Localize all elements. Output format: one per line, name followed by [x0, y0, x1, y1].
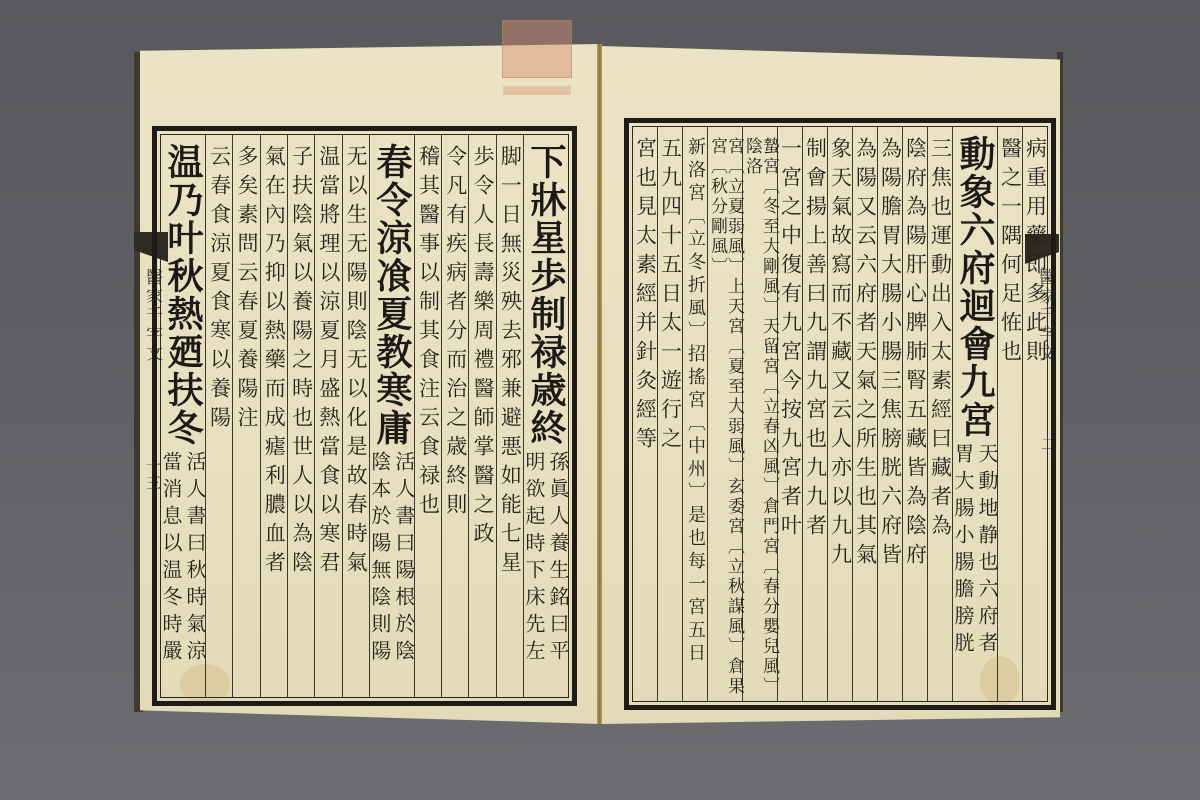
text-column: 蟄宮〔冬至大剛風〕天留宮〔立春凶風〕倉門宮〔春分嬰兒風〕陰洛 — [742, 127, 777, 701]
column-text: 陰府為陽肝心脾肺腎五藏皆為陰府 — [905, 137, 926, 572]
text-column: 制會揚上善曰九謂九宮也九九者 — [802, 127, 827, 701]
seal-stamp — [502, 20, 572, 78]
text-column: 氣在內乃抑以熱藥而成瘧利膿血者 — [260, 135, 287, 697]
column-text: 新洛宮〔立冬折風〕招搖宮〔中州〕是也每一宮五日 — [686, 137, 704, 666]
column-text: 蟄宮〔冬至大剛風〕天留宮〔立春凶風〕倉門宮〔春分嬰兒風〕陰洛 — [743, 137, 777, 701]
title-column: 動象六府迴會九宮 天動地静也六府者 胃大腸小腸膽膀胱 — [952, 127, 997, 701]
commentary: 陰本於陽無陰則陽 — [370, 451, 390, 667]
verse-heading: 下牀星歩制禄歳終 — [528, 143, 564, 447]
text-column: 一宮之中復有九宮今按九宮者叶 — [777, 127, 802, 701]
verse-heading: 動象六府迴會九宮 — [957, 135, 993, 439]
column-text: 三焦也運動出入太素經曰藏者為 — [930, 137, 951, 543]
text-column: 温當將理以涼夏月盛熱當食以寒君 — [314, 135, 341, 697]
text-column: 新洛宮〔立冬折風〕招搖宮〔中州〕是也每一宮五日 — [682, 127, 707, 701]
text-column: 多矣素問云春夏養陽注 — [232, 135, 259, 697]
column-text: 温當將理以涼夏月盛熱當食以寒君 — [318, 145, 339, 580]
column-text: 脚一日無災殃去邪兼避悪如能七星 — [499, 145, 520, 580]
column-text: 制會揚上善曰九謂九宮也九九者 — [805, 137, 826, 543]
column-text: 氣在內乃抑以熱藥而成瘧利膿血者 — [263, 145, 284, 580]
text-column: 令凡有疾病者分而治之歳終則 — [441, 135, 468, 697]
column-text: 稽其醫事以制其食注云食禄也 — [417, 145, 438, 522]
verse-heading: 温乃叶秋熱廼扶冬 — [165, 143, 201, 447]
column-text: 醫之一隅何足恠也 — [1000, 137, 1021, 369]
column-text: 云春食涼夏食寒以養陽 — [209, 145, 230, 435]
seal-caption — [503, 86, 571, 95]
column-text: 為陽膽胃大腸小腸三焦膀胱六府皆 — [880, 137, 901, 572]
commentary: 明欲起時下床先左 — [524, 451, 544, 667]
column-text: 宮〔立夏弱風〕上天宮〔夏至大弱風〕玄委宮〔立秋謀風〕倉果宮〔秋分剛風〕 — [708, 137, 742, 701]
text-column: 象天氣故寫而不藏又云人亦以九九 — [827, 127, 852, 701]
column-text: 象天氣故寫而不藏又云人亦以九九 — [830, 137, 851, 572]
text-column: 宮〔立夏弱風〕上天宮〔夏至大弱風〕玄委宮〔立秋謀風〕倉果宮〔秋分剛風〕 — [707, 127, 742, 701]
column-text: 一宮之中復有九宮今按九宮者叶 — [780, 137, 801, 543]
text-column: 云春食涼夏食寒以養陽 — [205, 135, 232, 697]
column-text: 令凡有疾病者分而治之歳終則 — [445, 145, 466, 522]
commentary: 當消息以温冬時嚴 — [161, 451, 181, 667]
text-column: 為陽又云六府者天氣之所生也其氣 — [852, 127, 877, 701]
column-text: 多矣素問云春夏養陽注 — [236, 145, 257, 435]
text-column: 歩令人長壽樂周禮醫師掌醫之政 — [468, 135, 495, 697]
column-text: 歩令人長壽樂周禮醫師掌醫之政 — [472, 145, 493, 551]
left-text-frame: 下牀星歩制禄歳終 孫眞人養生銘曰平 明欲起時下床先左 脚一日無災殃去邪兼避悪如能… — [152, 126, 577, 706]
text-column: 子扶陰氣以養陽之時也世人以為陰 — [287, 135, 314, 697]
commentary: 胃大腸小腸膽膀胱 — [953, 443, 973, 659]
title-column: 下牀星歩制禄歳終 孫眞人養生銘曰平 明欲起時下床先左 — [523, 135, 568, 697]
text-column: 病重用藥即多此則 — [1022, 127, 1047, 701]
text-column: 三焦也運動出入太素經曰藏者為 — [927, 127, 952, 701]
commentary: 孫眞人養生銘曰平 — [548, 451, 568, 667]
title-column: 春令涼飡夏教寒庸 活人書曰陽根於陰 陰本於陽無陰則陽 — [369, 135, 414, 697]
column-text: 子扶陰氣以養陽之時也世人以為陰 — [291, 145, 312, 580]
text-column: 宮也見太素經并針灸經等 — [633, 127, 657, 701]
open-book: 醫家千字文 醫家千字文 十三 二 下牀星歩制禄歳終 孫眞人養生銘曰平 明欲起時下… — [0, 0, 1200, 800]
verse-heading: 春令涼飡夏教寒庸 — [374, 143, 410, 447]
text-column: 醫之一隅何足恠也 — [997, 127, 1022, 701]
column-text: 无以生无陽則陰无以化是故春時氣 — [345, 145, 366, 580]
text-column: 脚一日無災殃去邪兼避悪如能七星 — [496, 135, 523, 697]
text-column: 為陽膽胃大腸小腸三焦膀胱六府皆 — [877, 127, 902, 701]
column-text: 病重用藥即多此則 — [1025, 137, 1046, 369]
right-text-frame: 病重用藥即多此則 醫之一隅何足恠也 動象六府迴會九宮 天動地静也六府者 胃大腸小… — [624, 118, 1056, 710]
commentary: 天動地静也六府者 — [977, 443, 997, 659]
text-column: 无以生无陽則陰无以化是故春時氣 — [342, 135, 369, 697]
text-column: 稽其醫事以制其食注云食禄也 — [414, 135, 441, 697]
column-text: 五九四十五日太一遊行之 — [660, 137, 681, 456]
text-column: 陰府為陽肝心脾肺腎五藏皆為陰府 — [902, 127, 927, 701]
column-text: 為陽又云六府者天氣之所生也其氣 — [855, 137, 876, 572]
title-column: 温乃叶秋熱廼扶冬 活人書曰秋時氣涼 當消息以温冬時嚴 — [161, 135, 205, 697]
commentary: 活人書曰秋時氣涼 — [185, 451, 205, 667]
commentary: 活人書曰陽根於陰 — [394, 451, 414, 667]
book-spine — [597, 44, 602, 724]
text-column: 五九四十五日太一遊行之 — [657, 127, 682, 701]
column-text: 宮也見太素經并針灸經等 — [635, 137, 656, 456]
